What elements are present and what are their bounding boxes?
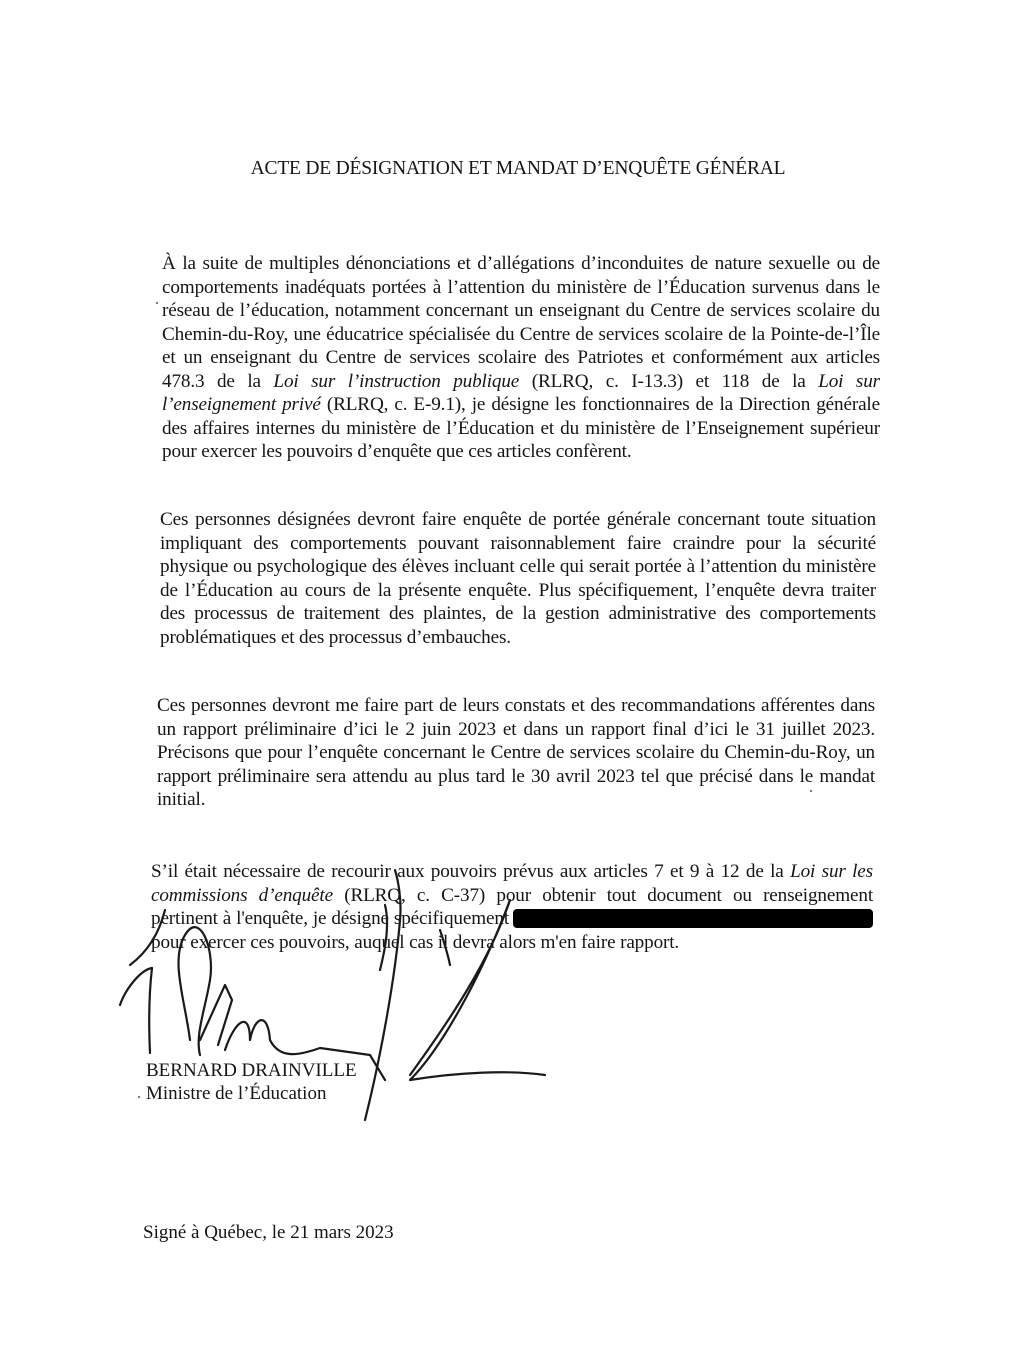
paragraph-scope: Ces personnes désignées devront faire en… — [160, 508, 876, 649]
paragraph-designation: À la suite de multiples dénonciations et… — [162, 252, 880, 464]
scan-speck — [810, 790, 812, 792]
handwritten-signature — [0, 0, 1036, 1360]
signatory-name: BERNARD DRAINVILLE — [146, 1060, 357, 1082]
paragraph-powers: S’il était nécessaire de recourir aux po… — [151, 860, 873, 954]
signatory-title: Ministre de l’Éducation — [146, 1083, 326, 1105]
scan-speck — [156, 302, 158, 304]
paragraph-deadlines: Ces personnes devront me faire part de l… — [157, 694, 875, 812]
redaction-bar — [513, 909, 873, 928]
paragraph-text: (RLRQ, c. I-13.3) et 118 de la — [519, 371, 818, 392]
document-title: ACTE DE DÉSIGNATION ET MANDAT D’ENQUÊTE … — [0, 158, 1036, 180]
paragraph-text: pour exercer ces pouvoirs, auquel cas il… — [151, 932, 679, 953]
paragraph-text: S’il était nécessaire de recourir aux po… — [151, 861, 790, 882]
signed-place-date: Signé à Québec, le 21 mars 2023 — [143, 1222, 394, 1244]
law-title: Loi sur l’instruction publique — [273, 371, 519, 392]
scan-speck — [138, 1096, 140, 1098]
